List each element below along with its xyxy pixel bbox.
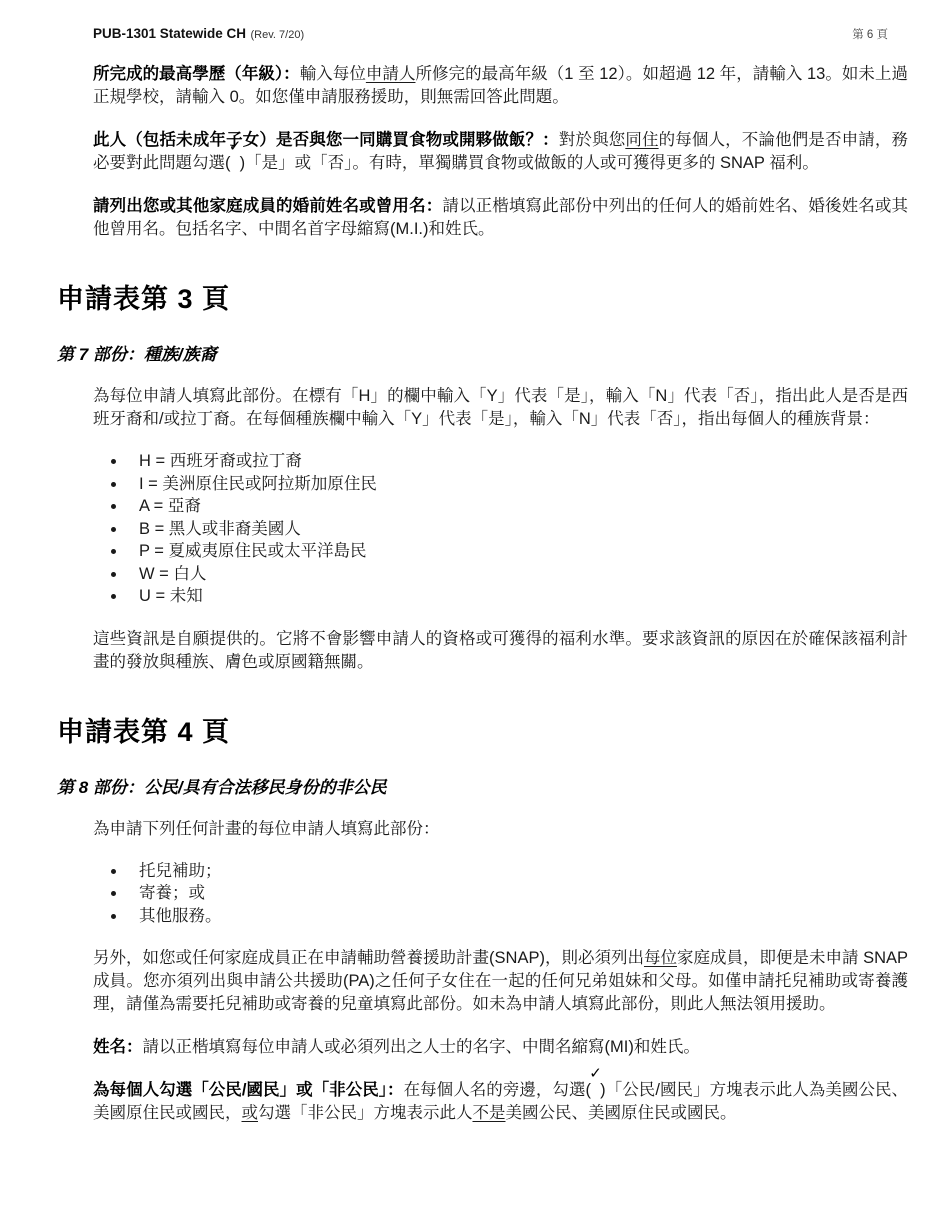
page-number: 第 6 頁 (852, 26, 888, 42)
text-run: 另外，如您或任何家庭成員正在申請輔助營養援助計畫(SNAP)，則必須列出 (93, 949, 644, 967)
para-maiden-names: 請列出您或其他家庭成員的婚前姓名或曾用名：請以正楷填寫此部份中列出的任何人的婚前… (93, 195, 908, 241)
subheading-section-8: 第 8 部份：公民/具有合法移民身份的非公民 (57, 773, 908, 798)
list-item: B = 黑人或非裔美國人 (127, 518, 908, 541)
list-item: P = 夏威夷原住民或太平洋島民 (127, 540, 908, 563)
para-section7-intro: 為每位申請人填寫此部份。在標有「H」的欄中輸入「Y」代表「是」，輸入「N」代表「… (93, 385, 908, 431)
checkmark-icon: ✓ (589, 1066, 602, 1081)
document-page: PUB-1301 Statewide CH (Rev. 7/20) 第 6 頁 … (0, 0, 950, 1230)
para-buy-food-together: 此人（包括未成年子女）是否與您一同購買食物或開夥做飯？：對於與您同住的每個人，不… (93, 129, 908, 175)
para-name-instructions: 姓名：請以正楷填寫每位申請人或必須列出之人士的名字、中間名縮寫(MI)和姓氏。 (93, 1036, 908, 1059)
bold-run: 請列出您或其他家庭成員的婚前姓名或曾用名： (93, 197, 442, 215)
document-body: 所完成的最高學歷（年級）：輸入每位申請人所修完的最高年級（1 至 12）。如超過… (93, 63, 908, 1125)
document-revision: (Rev. 7/20) (251, 29, 305, 41)
para-citizen-check: 為每個人勾選「公民/國民」或「非公民」：在每個人名的旁邊，勾選( )✓「公民/國… (93, 1079, 908, 1125)
checkbox-parens: ( )✓ (225, 152, 245, 175)
list-item: U = 未知 (127, 585, 908, 608)
underlined-run: 同住 (625, 131, 658, 149)
text-run: 為每位申請人填寫此部份。在標有「H」的欄中輸入「Y」代表「是」，輸入「N」代表「… (93, 387, 908, 428)
list-programs: 托兒補助；寄養；或其他服務。 (103, 860, 908, 928)
subheading-section-7: 第 7 部份：種族/族裔 (57, 340, 908, 365)
document-header: PUB-1301 Statewide CH (Rev. 7/20) 第 6 頁 (0, 0, 950, 43)
document-title-group: PUB-1301 Statewide CH (Rev. 7/20) (93, 25, 304, 43)
underlined-run: 不是 (473, 1104, 506, 1122)
text-run: 請以正楷填寫每位申請人或必須列出之人士的名字、中間名縮寫(MI)和姓氏。 (143, 1038, 700, 1056)
text-run: 在每個人名的旁邊，勾選 (404, 1081, 586, 1099)
text-run: 「是」或「否」。有時，單獨購買食物或做飯的人或可獲得更多的 SNAP 福利。 (245, 154, 819, 172)
para-voluntary-info: 這些資訊是自願提供的。它將不會影響申請人的資格或可獲得的福利水準。要求該資訊的原… (93, 628, 908, 674)
underlined-run: 申請人 (366, 65, 416, 83)
list-item: 托兒補助； (127, 860, 908, 883)
para-highest-grade: 所完成的最高學歷（年級）：輸入每位申請人所修完的最高年級（1 至 12）。如超過… (93, 63, 908, 109)
bold-run: 此人（包括未成年子女）是否與您一同購買食物或開夥做飯？： (93, 131, 559, 149)
underlined-run: 每位 (644, 949, 677, 967)
list-item: I = 美洲原住民或阿拉斯加原住民 (127, 473, 908, 496)
list-item: 寄養；或 (127, 882, 908, 905)
list-item: 其他服務。 (127, 905, 908, 928)
bold-run: 所完成的最高學歷（年級）： (93, 65, 300, 83)
underlined-run: 或 (242, 1104, 259, 1122)
text-run: 美國公民、美國原住民或國民。 (506, 1104, 737, 1122)
checkmark-icon: ✓ (229, 139, 242, 154)
list-item: W = 白人 (127, 563, 908, 586)
bold-run: 姓名： (93, 1038, 143, 1056)
bold-run: 為每個人勾選「公民/國民」或「非公民」： (93, 1081, 404, 1099)
text-run: 勾選「非公民」方塊表示此人 (258, 1104, 473, 1122)
text-run: 輸入每位 (300, 65, 366, 83)
para-section8-intro: 為申請下列任何計畫的每位申請人填寫此部份： (93, 818, 908, 841)
checkbox-parens: ( )✓ (586, 1079, 606, 1102)
list-race-codes: H = 西班牙裔或拉丁裔I = 美洲原住民或阿拉斯加原住民A = 亞裔B = 黑… (103, 450, 908, 608)
text-run: 為申請下列任何計畫的每位申請人填寫此部份： (93, 820, 440, 838)
list-item: H = 西班牙裔或拉丁裔 (127, 450, 908, 473)
list-item: A = 亞裔 (127, 495, 908, 518)
document-id: PUB-1301 Statewide CH (93, 26, 246, 41)
text-run: 對於與您 (559, 131, 626, 149)
text-run: 這些資訊是自願提供的。它將不會影響申請人的資格或可獲得的福利水準。要求該資訊的原… (93, 630, 908, 671)
heading-page-4: 申請表第 4 頁 (57, 710, 908, 749)
para-snap-household: 另外，如您或任何家庭成員正在申請輔助營養援助計畫(SNAP)，則必須列出每位家庭… (93, 947, 908, 1016)
heading-page-3: 申請表第 3 頁 (57, 277, 908, 316)
